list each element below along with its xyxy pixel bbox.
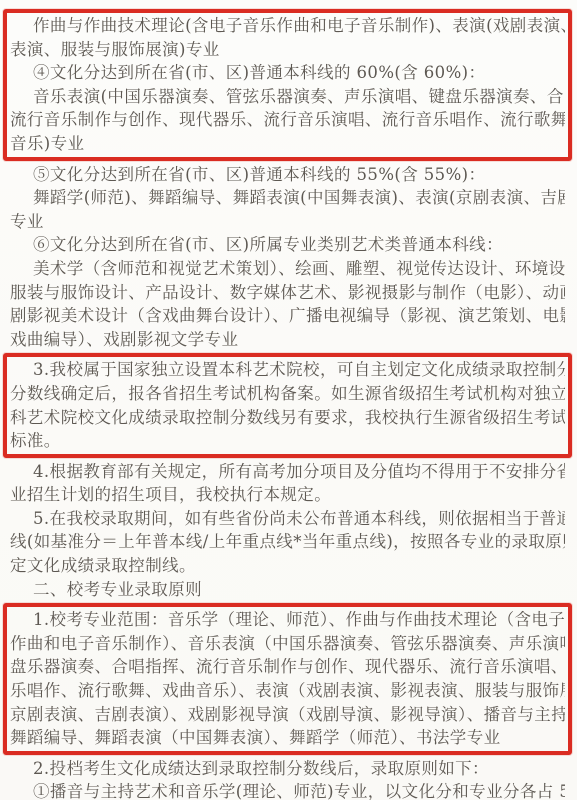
text-line: 戏曲编导）、戏剧影视文学专业 bbox=[10, 328, 565, 352]
text-line: ⑥文化分达到所在省(市、区)所属专业类别艺术类普通本科线： bbox=[10, 233, 565, 257]
highlight-box-exam-major-scope: 1.校考专业范围：音乐学（理论、师范）、作曲与作曲技术理论（含电子音乐 作曲和电… bbox=[3, 603, 572, 755]
text-line: 舞蹈学(师范)、舞蹈编导、舞蹈表演(中国舞表演)、表演(京剧表演、吉剧表演) bbox=[10, 186, 565, 210]
document-page: 作曲与作曲技术理论(含电子音乐作曲和电子音乐制作)、表演(戏剧表演、影视 表演、… bbox=[0, 0, 577, 800]
text-line: 4.根据教育部有关规定，所有高考加分项目及分值均不得用于不安排分省分专 bbox=[10, 460, 565, 484]
section-bonus-points-and-heading: 4.根据教育部有关规定，所有高考加分项目及分值均不得用于不安排分省分专 业招生计… bbox=[10, 460, 565, 602]
highlight-box-culture-line-60: 作曲与作曲技术理论(含电子音乐作曲和电子音乐制作)、表演(戏剧表演、影视 表演、… bbox=[3, 9, 572, 161]
text-line: 5.在我校录取期间，如有些省份尚未公布普通本科线，则依据相当于普通本科 bbox=[10, 507, 565, 531]
text-line: 专业 bbox=[10, 210, 565, 234]
text-line: 业招生计划的招生项目，我校执行本规定。 bbox=[10, 483, 565, 507]
highlight-box-independent-college: 3.我校属于国家独立设置本科艺术院校，可自主划定文化成绩录取控制分数线， 分数线… bbox=[3, 353, 572, 457]
text-line: 表演、服装与服饰展演)专业 bbox=[10, 38, 565, 62]
text-line: 舞蹈编导、舞蹈表演（中国舞表演）、舞蹈学（师范）、书法学专业 bbox=[10, 726, 565, 750]
text-line: ④文化分达到所在省(市、区)普通本科线的 60%(含 60%)： bbox=[10, 61, 565, 85]
text-line: 定文化成绩录取控制线。 bbox=[10, 554, 565, 578]
text-line: ①播音与主持艺术和音乐学(理论、师范)专业，以文化分和专业分各占 50%核算 bbox=[10, 780, 565, 800]
text-line: 1.校考专业范围：音乐学（理论、师范）、作曲与作曲技术理论（含电子音乐 bbox=[10, 608, 565, 632]
text-line: 线(如基准分＝上年普本线/上年重点线*当年重点线)，按照各专业的录取原则，确 bbox=[10, 530, 565, 554]
text-line: 服装与服饰设计、产品设计、数字媒体艺术、影视摄影与制作（电影）、动画、戏 bbox=[10, 281, 565, 305]
text-line: 流行音乐制作与创作、现代器乐、流行音乐演唱、流行音乐唱作、流行歌舞、戏曲 bbox=[10, 108, 565, 132]
text-line: 2.投档考生文化成绩达到录取控制分数线后，录取原则如下： bbox=[10, 757, 565, 781]
text-line: 分数线确定后，报各省招生考试机构备案。如生源省级招生考试机构对独立设置本 bbox=[10, 382, 565, 406]
section-culture-line-55-and-art-line: ⑤文化分达到所在省(市、区)普通本科线的 55%(含 55%)： 舞蹈学(师范)… bbox=[10, 163, 565, 352]
section-heading: 二、校考专业录取原则 bbox=[10, 578, 565, 602]
text-line: 盘乐器演奏、合唱指挥、流行音乐制作与创作、现代器乐、流行音乐演唱、流行音 bbox=[10, 655, 565, 679]
text-line: 标准。 bbox=[10, 429, 565, 453]
text-line: 作曲和电子音乐制作）、音乐表演（中国乐器演奏、管弦乐器演奏、声乐演唱、键 bbox=[10, 632, 565, 656]
text-line: 3.我校属于国家独立设置本科艺术院校，可自主划定文化成绩录取控制分数线， bbox=[10, 358, 565, 382]
text-line: ⑤文化分达到所在省(市、区)普通本科线的 55%(含 55%)： bbox=[10, 163, 565, 187]
text-line: 音乐)专业 bbox=[10, 132, 565, 156]
text-line: 乐唱作、流行歌舞、戏曲音乐）、表演（戏剧表演、影视表演、服装与服饰展演、 bbox=[10, 679, 565, 703]
text-line: 音乐表演(中国乐器演奏、管弦乐器演奏、声乐演唱、键盘乐器演奏、合唱指挥、 bbox=[10, 85, 565, 109]
text-line: 京剧表演、吉剧表演）、戏剧影视导演（戏剧导演、影视导演）、播音与主持艺术、 bbox=[10, 703, 565, 727]
text-line: 美术学（含师范和视觉艺术策划）、绘画、雕塑、视觉传达设计、环境设计、 bbox=[10, 257, 565, 281]
text-line: 科艺术院校文化成绩录取控制分数线另有要求，我校执行生源省级招生考试机构的 bbox=[10, 406, 565, 430]
text-line: 剧影视美术设计（含戏曲舞台设计）、广播电视编导（影视、演艺策划、电影制片、 bbox=[10, 304, 565, 328]
text-line: 作曲与作曲技术理论(含电子音乐作曲和电子音乐制作)、表演(戏剧表演、影视 bbox=[10, 14, 565, 38]
section-admission-rules: 2.投档考生文化成绩达到录取控制分数线后，录取原则如下： ①播音与主持艺术和音乐… bbox=[10, 757, 565, 800]
